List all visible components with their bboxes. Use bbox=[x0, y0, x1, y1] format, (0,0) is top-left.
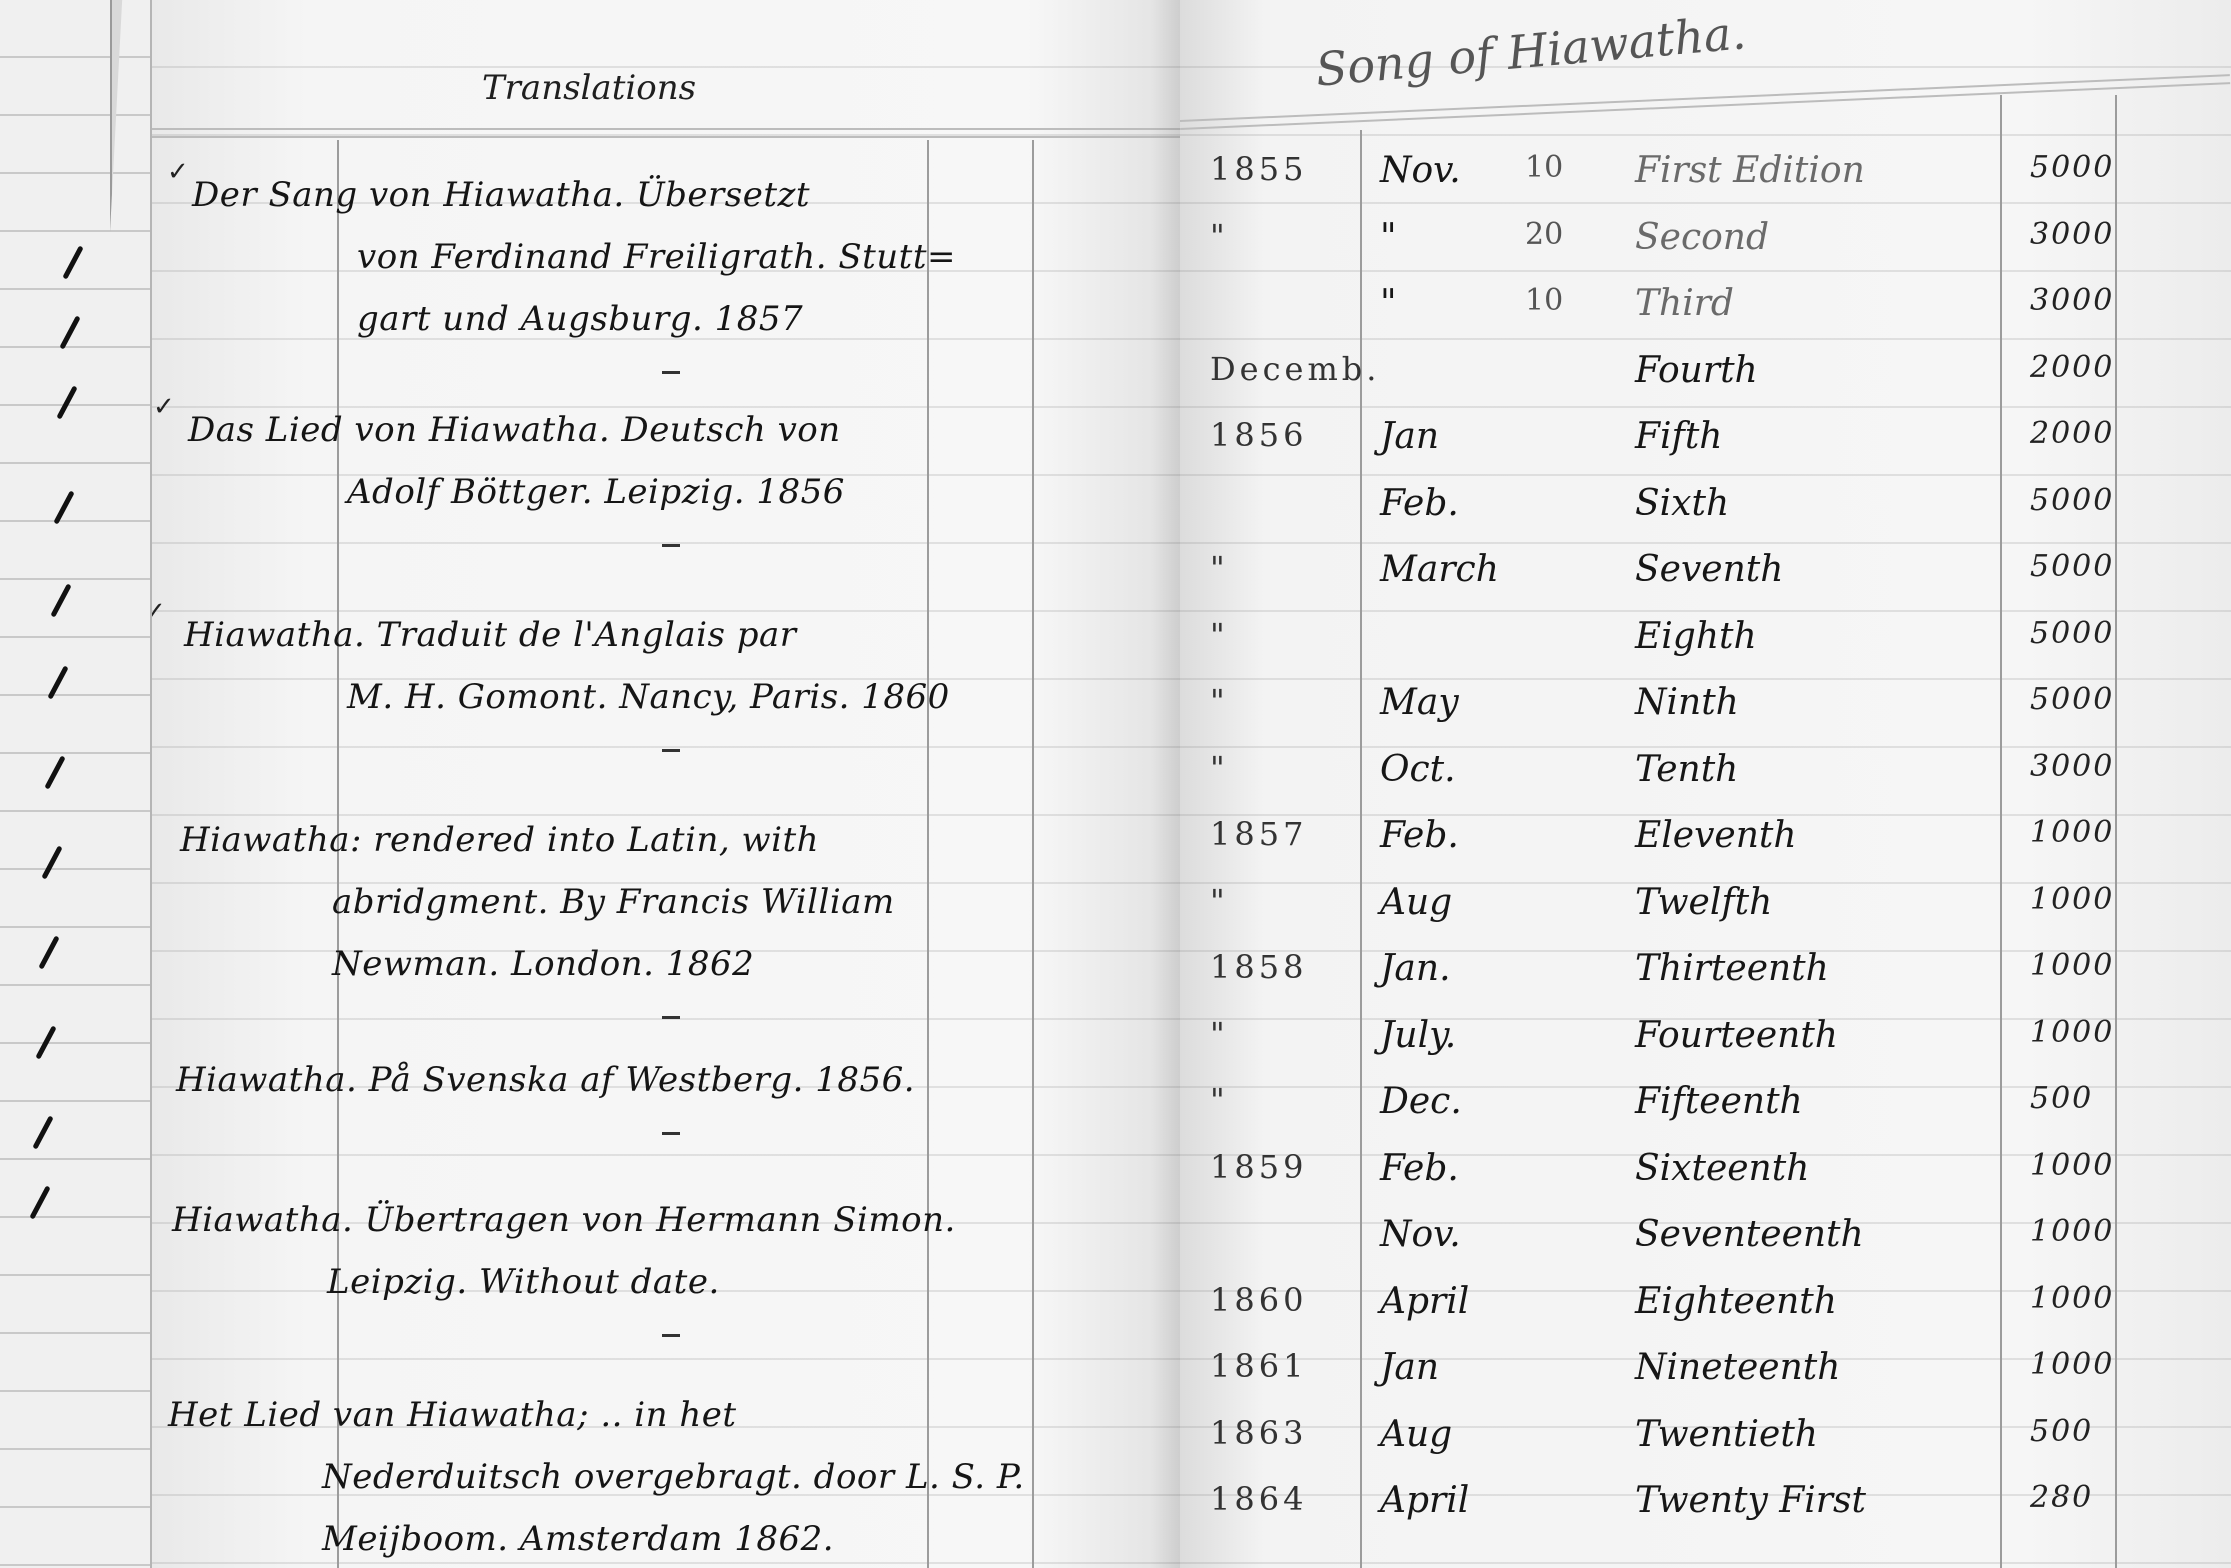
translation-title-line: Der Sang von Hiawatha. Übersetzt bbox=[192, 175, 810, 215]
translation-detail-line: gart und Augsburg. 1857 bbox=[357, 299, 803, 339]
edition-month: March bbox=[1380, 549, 1499, 590]
translation-detail-line: M. H. Gomont. Nancy, Paris. 1860 bbox=[347, 677, 950, 717]
edition-name: Fifth bbox=[1635, 416, 1722, 457]
edition-name: Twentieth bbox=[1635, 1414, 1818, 1455]
edition-row: 1856JanFifth2000 bbox=[1180, 416, 2231, 476]
edition-copies: 3000 bbox=[2030, 283, 2114, 318]
edition-year: 1860 bbox=[1210, 1281, 1307, 1319]
edition-month: Aug bbox=[1380, 1414, 1452, 1455]
translation-detail-line: von Ferdinand Freiligrath. Stutt= bbox=[357, 237, 956, 277]
edition-copies: 3000 bbox=[2030, 749, 2114, 784]
edition-year: " bbox=[1210, 217, 1229, 255]
edition-month: " bbox=[1380, 283, 1397, 324]
edition-month: Feb. bbox=[1380, 1148, 1459, 1189]
edition-year: 1856 bbox=[1210, 416, 1307, 454]
edition-row: Feb.Sixth5000 bbox=[1180, 483, 2231, 543]
edition-copies: 1000 bbox=[2030, 882, 2114, 917]
edition-copies: 1000 bbox=[2030, 1148, 2114, 1183]
edition-name: Third bbox=[1635, 283, 1734, 324]
edition-year: " bbox=[1210, 1081, 1229, 1119]
edition-year: Decemb. bbox=[1210, 350, 1380, 388]
translation-title-line: Das Lied von Hiawatha. Deutsch von bbox=[188, 410, 841, 450]
edition-name: Eighteenth bbox=[1635, 1281, 1837, 1322]
edition-copies: 5000 bbox=[2030, 682, 2114, 717]
entry-separator bbox=[662, 749, 680, 752]
edition-year: " bbox=[1210, 749, 1229, 787]
edition-name: Nineteenth bbox=[1635, 1347, 1840, 1388]
edition-row: "MarchSeventh5000 bbox=[1180, 549, 2231, 609]
translation-title-line: Hiawatha. Traduit de l'Anglais par bbox=[184, 615, 797, 655]
edition-month: Jan bbox=[1380, 416, 1439, 457]
check-mark-icon: ✓ bbox=[150, 597, 166, 627]
edition-copies: 500 bbox=[2030, 1414, 2093, 1449]
edition-month: Feb. bbox=[1380, 483, 1459, 524]
edition-year: 1859 bbox=[1210, 1148, 1307, 1186]
right-page: Song of Hiawatha. 1855Nov.10First Editio… bbox=[1180, 0, 2231, 1568]
edition-copies: 1000 bbox=[2030, 948, 2114, 983]
edition-day: 20 bbox=[1525, 217, 1563, 252]
translation-title-line: Hiawatha. Übertragen von Hermann Simon. bbox=[172, 1200, 956, 1240]
edition-row: 1857Feb.Eleventh1000 bbox=[1180, 815, 2231, 875]
check-mark-icon: ✓ bbox=[150, 802, 152, 832]
edition-row: 1863AugTwentieth500 bbox=[1180, 1414, 2231, 1474]
edition-row: 1864AprilTwenty First280 bbox=[1180, 1480, 2231, 1540]
edition-row: "MayNinth5000 bbox=[1180, 682, 2231, 742]
edition-copies: 2000 bbox=[2030, 350, 2114, 385]
edition-year: 1855 bbox=[1210, 150, 1307, 188]
edition-row: 1858Jan.Thirteenth1000 bbox=[1180, 948, 2231, 1008]
translation-title-line: Het Lied van Hiawatha; .. in het bbox=[168, 1395, 737, 1435]
edition-copies: 5000 bbox=[2030, 150, 2114, 185]
edition-year: " bbox=[1210, 882, 1229, 920]
edition-copies: 1000 bbox=[2030, 1281, 2114, 1316]
edition-name: Fourteenth bbox=[1635, 1015, 1838, 1056]
edition-row: 1861JanNineteenth1000 bbox=[1180, 1347, 2231, 1407]
edition-copies: 3000 bbox=[2030, 217, 2114, 252]
edition-copies: 1000 bbox=[2030, 1214, 2114, 1249]
edition-copies: 1000 bbox=[2030, 815, 2114, 850]
edition-month: Jan. bbox=[1380, 948, 1451, 989]
edition-month: " bbox=[1380, 217, 1397, 258]
edition-copies: 1000 bbox=[2030, 1015, 2114, 1050]
translation-detail-line: Meijboom. Amsterdam 1862. bbox=[322, 1519, 834, 1559]
edition-month: Nov. bbox=[1380, 1214, 1461, 1255]
edition-month: Oct. bbox=[1380, 749, 1456, 790]
edition-row: "Eighth5000 bbox=[1180, 616, 2231, 676]
edition-year: " bbox=[1210, 682, 1229, 720]
edition-name: Eleventh bbox=[1635, 815, 1797, 856]
left-page: Translations ✓Der Sang von Hiawatha. Übe… bbox=[150, 0, 1182, 1568]
edition-row: Decemb.Fourth2000 bbox=[1180, 350, 2231, 410]
edition-row: ""20Second3000 bbox=[1180, 217, 2231, 277]
edition-row: 1855Nov.10First Edition5000 bbox=[1180, 150, 2231, 210]
edition-month: Aug bbox=[1380, 882, 1452, 923]
edition-month: Dec. bbox=[1380, 1081, 1462, 1122]
edition-copies: 5000 bbox=[2030, 483, 2114, 518]
edition-year: " bbox=[1210, 1015, 1229, 1053]
edition-name: Sixth bbox=[1635, 483, 1729, 524]
edition-row: "10Third3000 bbox=[1180, 283, 2231, 343]
edition-month: May bbox=[1380, 682, 1459, 723]
edition-name: Sixteenth bbox=[1635, 1148, 1809, 1189]
edition-copies: 1000 bbox=[2030, 1347, 2114, 1382]
edition-year: 1864 bbox=[1210, 1480, 1307, 1518]
edition-name: Fourth bbox=[1635, 350, 1758, 391]
edition-row: Nov.Seventeenth1000 bbox=[1180, 1214, 2231, 1274]
edition-month: Feb. bbox=[1380, 815, 1459, 856]
page-title-translations: Translations bbox=[482, 68, 696, 108]
edition-year: " bbox=[1210, 549, 1229, 587]
edition-name: Fifteenth bbox=[1635, 1081, 1803, 1122]
entry-separator bbox=[662, 1334, 680, 1337]
translation-detail-line: Adolf Böttger. Leipzig. 1856 bbox=[347, 472, 845, 512]
translation-detail-line: Leipzig. Without date. bbox=[327, 1262, 720, 1302]
edition-month: April bbox=[1380, 1281, 1469, 1322]
edition-month: Jan bbox=[1380, 1347, 1439, 1388]
edition-row: "Oct.Tenth3000 bbox=[1180, 749, 2231, 809]
edition-name: Thirteenth bbox=[1635, 948, 1829, 989]
edition-year: 1863 bbox=[1210, 1414, 1307, 1452]
edition-name: Twenty First bbox=[1635, 1480, 1866, 1521]
edition-row: 1860AprilEighteenth1000 bbox=[1180, 1281, 2231, 1341]
edition-year: 1858 bbox=[1210, 948, 1307, 986]
translation-detail-line: Newman. London. 1862 bbox=[332, 944, 754, 984]
edition-name: Seventeenth bbox=[1635, 1214, 1864, 1255]
edition-year: 1861 bbox=[1210, 1347, 1307, 1385]
edition-copies: 500 bbox=[2030, 1081, 2093, 1116]
ruled-lines bbox=[152, 0, 1182, 1568]
edition-month: July. bbox=[1380, 1015, 1456, 1056]
edition-copies: 280 bbox=[2030, 1480, 2093, 1515]
edition-row: "Dec.Fifteenth500 bbox=[1180, 1081, 2231, 1141]
edition-name: Tenth bbox=[1635, 749, 1738, 790]
edition-month: Nov. bbox=[1380, 150, 1461, 191]
edition-name: Second bbox=[1635, 217, 1769, 258]
column-rule bbox=[1032, 140, 1034, 1568]
entry-separator bbox=[662, 1016, 680, 1019]
entry-separator bbox=[662, 371, 680, 374]
check-mark-icon: ✓ bbox=[167, 157, 189, 187]
column-rule bbox=[927, 140, 929, 1568]
edition-copies: 5000 bbox=[2030, 616, 2114, 651]
check-mark-icon: ✓ bbox=[153, 392, 175, 422]
edition-row: "July.Fourteenth1000 bbox=[1180, 1015, 2231, 1075]
translation-title-line: Hiawatha. På Svenska af Westberg. 1856. bbox=[176, 1060, 915, 1100]
edition-year: 1857 bbox=[1210, 815, 1307, 853]
edition-name: Twelfth bbox=[1635, 882, 1772, 923]
edition-day: 10 bbox=[1525, 283, 1563, 318]
edition-name: Ninth bbox=[1635, 682, 1739, 723]
edition-year: " bbox=[1210, 616, 1229, 654]
translation-detail-line: abridgment. By Francis William bbox=[332, 882, 895, 922]
translation-title-line: Hiawatha: rendered into Latin, with bbox=[180, 820, 819, 860]
entry-separator bbox=[662, 1132, 680, 1135]
header-rule bbox=[152, 128, 1182, 138]
edition-name: First Edition bbox=[1635, 150, 1865, 191]
edition-day: 10 bbox=[1525, 150, 1563, 185]
edition-row: "AugTwelfth1000 bbox=[1180, 882, 2231, 942]
edition-month: April bbox=[1380, 1480, 1469, 1521]
edition-row: 1859Feb.Sixteenth1000 bbox=[1180, 1148, 2231, 1208]
edition-copies: 5000 bbox=[2030, 549, 2114, 584]
edition-copies: 2000 bbox=[2030, 416, 2114, 451]
translation-detail-line: Nederduitsch overgebragt. door L. S. P. bbox=[322, 1457, 1025, 1497]
edition-name: Seventh bbox=[1635, 549, 1783, 590]
entry-separator bbox=[662, 544, 680, 547]
edition-name: Eighth bbox=[1635, 616, 1757, 657]
